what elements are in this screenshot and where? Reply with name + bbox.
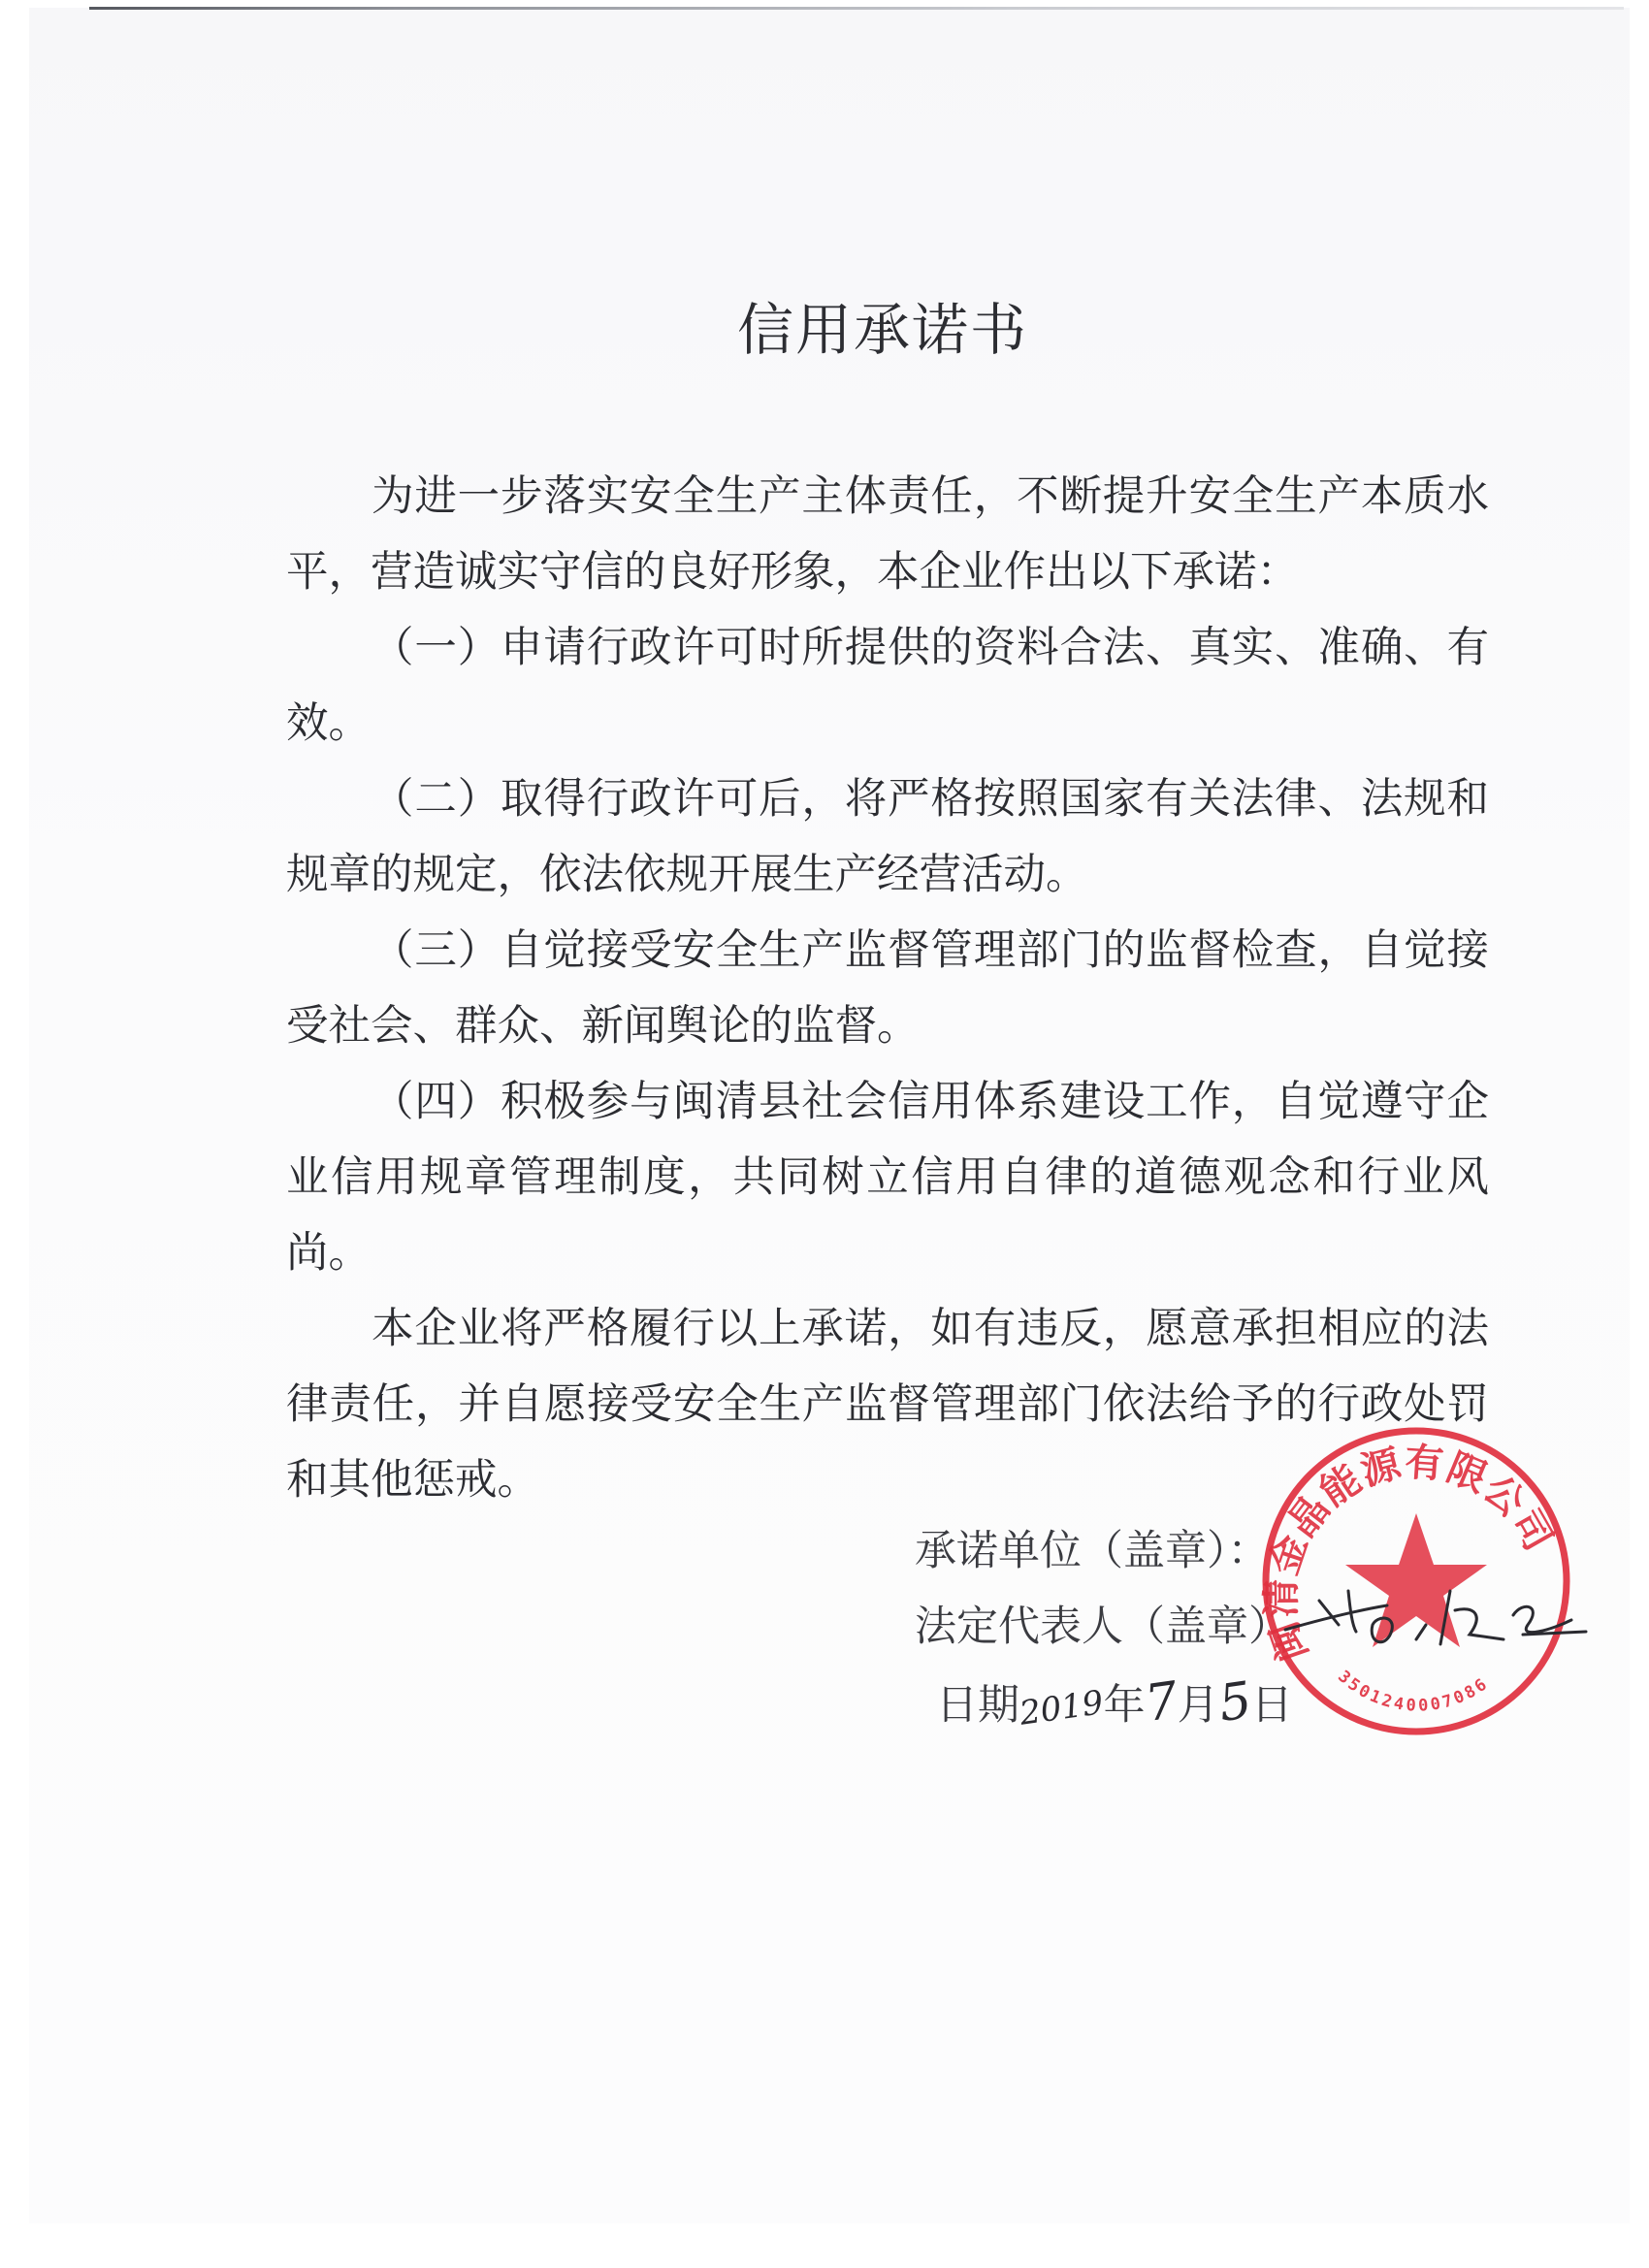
handwritten-day: 5 (1213, 1663, 1256, 1742)
commitment-item-2: （二）取得行政许可后，将严格按照国家有关法律、法规和规章的规定，依法依规开展生产… (286, 761, 1489, 913)
scan-top-edge (89, 7, 1624, 10)
commitment-item-3: （三）自觉接受安全生产监督管理部门的监督检查，自觉接受社会、群众、新闻舆论的监督… (286, 913, 1489, 1064)
legal-representative-label: 法定代表人（盖章） (915, 1589, 1293, 1665)
committing-unit-label: 承诺单位（盖章）： (915, 1513, 1293, 1589)
handwritten-signature (1280, 1571, 1591, 1659)
month-label: 月 (1178, 1681, 1219, 1730)
commitment-item-1: （一）申请行政许可时所提供的资料合法、真实、准确、有效。 (286, 610, 1489, 761)
document-title: 信用承诺书 (718, 291, 1048, 369)
handwritten-year: 2019 (1015, 1665, 1109, 1751)
date-line: 日期2019年7月5日 (915, 1665, 1293, 1746)
date-label: 日期 (936, 1681, 1019, 1730)
commitment-item-4: （四）积极参与闽清县社会信用体系建设工作，自觉遵守企业信用规章管理制度，共同树立… (286, 1064, 1489, 1291)
intro-paragraph: 为进一步落实安全生产主体责任，不断提升安全生产本质水平，营造诚实守信的良好形象，… (286, 459, 1489, 610)
signature-block: 承诺单位（盖章）： 法定代表人（盖章） 日期2019年7月5日 (915, 1513, 1293, 1746)
year-label: 年 (1104, 1681, 1146, 1730)
document-body: 为进一步落实安全生产主体责任，不断提升安全生产本质水平，营造诚实守信的良好形象，… (286, 459, 1489, 1518)
seal-code: 3501240007086 (1334, 1667, 1493, 1715)
handwritten-month: 7 (1140, 1663, 1182, 1742)
